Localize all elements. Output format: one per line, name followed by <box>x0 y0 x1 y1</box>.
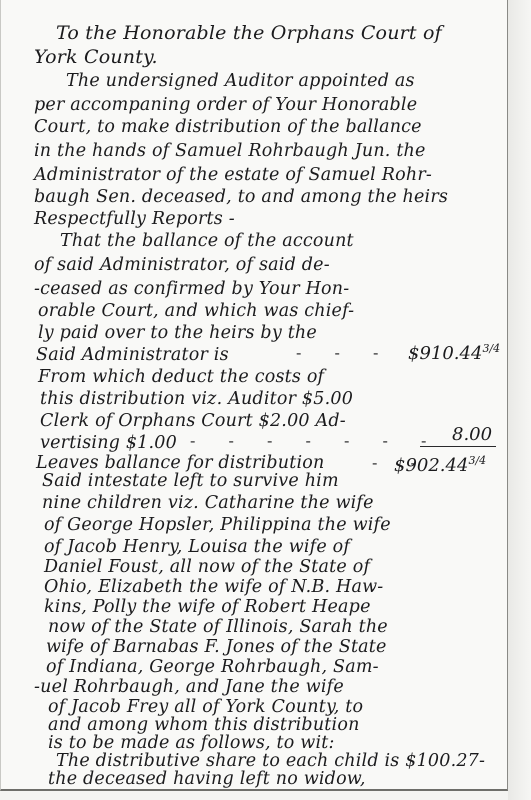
body-line: of Indiana, George Rohrbaugh, Sam- <box>46 656 379 678</box>
sum-rule <box>420 446 496 447</box>
body-line: Said Administrator is <box>36 344 229 366</box>
body-line: The undersigned Auditor appointed as <box>66 70 415 92</box>
body-line: in the hands of Samuel Rohrbaugh Jun. th… <box>34 140 426 162</box>
amount-fraction: 3/4 <box>468 454 486 467</box>
body-line: orable Court, and which was chief- <box>38 300 354 322</box>
body-line: Said intestate left to survive him <box>42 470 339 492</box>
body-line: -uel Rohrbaugh, and Jane the wife <box>34 676 344 698</box>
leader-dashes: - - - - - - - <box>190 430 440 452</box>
body-line: nine children viz. Catharine the wife <box>42 492 374 514</box>
body-line: From which deduct the costs of <box>38 366 324 388</box>
body-line: per accompaning order of Your Honorable <box>34 94 417 116</box>
salutation-line-2: York County. <box>34 46 158 68</box>
body-line: Administrator of the estate of Samuel Ro… <box>34 164 432 186</box>
body-line: Clerk of Orphans Court $2.00 Ad- <box>40 410 346 432</box>
body-line: wife of Barnabas F. Jones of the State <box>46 636 387 658</box>
body-line: baugh Sen. deceased, to and among the he… <box>34 186 448 208</box>
body-line: Respectfully Reports - <box>34 208 235 230</box>
amount-balance-of-account: $910.443/4 <box>408 338 500 365</box>
amount-value: 8.00 <box>452 424 492 445</box>
amount-value: $902.44 <box>394 455 468 476</box>
salutation-line-1: To the Honorable the Orphans Court of <box>56 22 442 44</box>
amount-balance-for-distribution: $902.443/4 <box>394 450 486 477</box>
body-line: Court, to make distribution of the balla… <box>34 116 422 138</box>
leader-dashes: - - - <box>296 342 392 364</box>
body-line: That the ballance of the account <box>60 230 354 252</box>
body-line: kins, Polly the wife of Robert Heape <box>44 596 371 618</box>
scan-background <box>508 0 531 800</box>
body-line: vertising $1.00 <box>40 432 177 454</box>
amount-costs: 8.00 <box>452 424 492 446</box>
body-line: now of the State of Illinois, Sarah the <box>48 616 388 638</box>
body-line: this distribution viz. Auditor $5.00 <box>40 388 353 410</box>
body-line: Daniel Foust, all now of the State of <box>44 556 370 578</box>
amount-value: $910.44 <box>408 343 482 364</box>
body-line: of Jacob Henry, Louisa the wife of <box>44 536 350 558</box>
body-line: of said Administrator, of said de- <box>34 254 330 276</box>
amount-fraction: 3/4 <box>482 342 500 355</box>
body-line: ly paid over to the heirs by the <box>38 322 317 344</box>
body-line: of George Hopsler, Philippina the wife <box>44 514 391 536</box>
body-line: Ohio, Elizabeth the wife of N.B. Haw- <box>44 576 383 598</box>
body-line: -ceased as confirmed by Your Hon- <box>34 278 349 300</box>
body-line: the deceased having left no widow, <box>48 768 366 790</box>
